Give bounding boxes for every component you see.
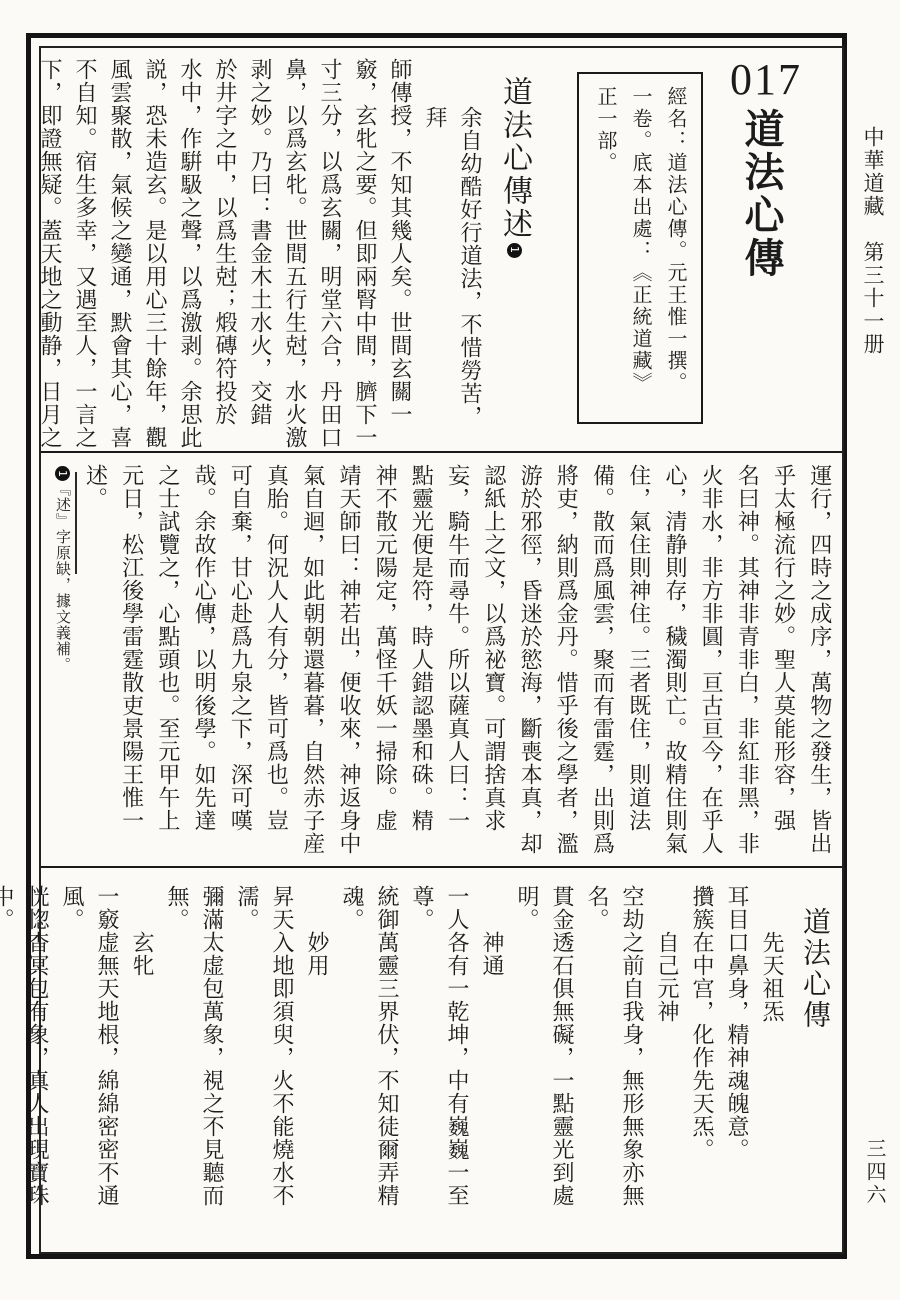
text-column: 風雲聚散，氣候之變通，默會其心，喜 — [103, 56, 138, 450]
verse-line: 攢簇在中宫，化作先天炁。 — [685, 871, 720, 1249]
colophon-column: 正一部。 — [587, 86, 622, 410]
text-column: 氣自迴，如此朝朝還暮暮，自然赤子産 — [296, 456, 331, 864]
text-column: 備。散而爲風雲，聚而有雷霆，出則爲 — [586, 456, 621, 864]
text-column: 心，清静則存，穢濁則亡。故精住則氣 — [658, 456, 693, 864]
verse-line: 彌滿太虚包萬象，視之不見聽而無。 — [160, 871, 230, 1249]
text-column: 住，氣住則神住。三者既住，則道法 — [622, 456, 657, 864]
text-column: 運行，四時之成序，萬物之發生，皆出 — [803, 456, 838, 864]
verse-title: 玄牝 — [125, 871, 160, 1249]
text-column: 師傳授，不知其幾人矣。世間玄關一 — [383, 56, 418, 450]
text-column: 不自知。宿生多幸，又遇至人，一言之 — [68, 56, 103, 450]
verse-line: 統御萬靈三界伏，不知徒爾弄精魂。 — [335, 871, 405, 1249]
text-column: 名曰神。其神非青非白，非紅非黑，非 — [730, 456, 765, 864]
text-column: 神不散元陽定，萬怪千妖一掃除。虚 — [368, 456, 403, 864]
text-column: 妄，騎牛而尋牛。所以薩真人曰：一 — [441, 456, 476, 864]
text-column: 剥之妙。乃曰：書金木土水火，交錯 — [243, 56, 278, 450]
section-divider-rule — [41, 866, 842, 868]
colophon-column: 經名：道法心傳。元王惟一撰。 — [657, 86, 692, 410]
text-column: 元日，松江後學雷霆散吏景陽王惟一 — [115, 456, 150, 864]
text-column: 乎太極流行之妙。聖人莫能形容，强 — [767, 456, 802, 864]
verse-line: 貫金透石俱無礙，一點靈光到處明。 — [510, 871, 580, 1249]
text-column: 之士試覽之，心點頭也。至元甲午上 — [151, 456, 186, 864]
section-divider-rule — [41, 451, 842, 453]
text-column: 余自幼酷好行道法，不惜勞苦，拜 — [418, 56, 488, 450]
text-column: 將吏，納則爲金丹。惜乎後之學者，濫 — [549, 456, 584, 864]
verse-line: 恍惚杳冥包有象，真人出現寶珠中。 — [0, 871, 55, 1249]
footnote-marker-icon: 1 — [507, 243, 522, 258]
footnote-divider-rule — [75, 472, 77, 574]
text-column: 認紙上之文，以爲祕寶。可謂捨真求 — [477, 456, 512, 864]
text-column: 火非水，非方非圓，亘古亘今，在乎人 — [694, 456, 729, 864]
verse-title: 先天祖炁 — [755, 871, 790, 1249]
verse-title: 神通 — [475, 871, 510, 1249]
preface-continued-section: 運行，四時之成序，萬物之發生，皆出 乎太極流行之妙。聖人莫能形容，强 名曰神。其… — [50, 456, 838, 864]
verse-line: 昇天入地即須臾，火不能燒水不濡。 — [230, 871, 300, 1249]
text-column: 竅，玄牝之要。但即兩腎中間，臍下一 — [348, 56, 383, 450]
text-column: 真胎。何況人人有分，皆可爲也。豈 — [260, 456, 295, 864]
preface-heading: 道法心傳述1 — [488, 56, 540, 450]
colophon-column: 一卷。底本出處：《正統道藏》 — [622, 86, 657, 410]
volume-label: 中華道藏 第三十一册 — [858, 126, 888, 546]
verse-line: 空劫之前自我身，無形無象亦無名。 — [580, 871, 650, 1249]
verse-title: 妙用 — [300, 871, 335, 1249]
text-column: 下，即證無疑。蓋天地之動静，日月之 — [33, 56, 68, 450]
verse-line: 一竅虚無天地根，綿綿密密不通風。 — [55, 871, 125, 1249]
main-text-heading: 道法心傳 — [790, 871, 838, 1249]
text-column: 游於邪徑，昏迷於慾海，斷喪本真，却 — [513, 456, 548, 864]
text-column: 寸三分，以爲玄關，明堂六合，丹田口 — [313, 56, 348, 450]
text-column: 哉。余故作心傳，以明後學。如先達 — [187, 456, 222, 864]
text-column: 可自棄，甘心赴爲九泉之下，深可嘆 — [223, 456, 258, 864]
footnote: 1『述』字原缺，據文義補。 — [50, 456, 74, 864]
text-column: 於井字之中，以爲生尅；煅磚符投於 — [208, 56, 243, 450]
verse-line: 耳目口鼻身，精神魂魄意。 — [720, 871, 755, 1249]
text-column: 靖天師曰：神若出，便收來，神返身中 — [332, 456, 367, 864]
main-text-section: 道法心傳 先天祖炁 耳目口鼻身，精神魂魄意。 攢簇在中宫，化作先天炁。 自己元神… — [50, 871, 838, 1249]
page-number: 三四六 — [860, 1138, 889, 1258]
text-column: 水中，作騈馺之聲，以爲激剥。余思此 — [173, 56, 208, 450]
scanned-book-page: 中華道藏 第三十一册 三四六 017 道法心傳 經名：道法心傳。元王惟一撰。 一… — [0, 0, 900, 1300]
preface-section: 道法心傳述1 余自幼酷好行道法，不惜勞苦，拜 師傳授，不知其幾人矣。世間玄關一 … — [50, 56, 540, 450]
text-serial-number: 017 — [722, 54, 810, 105]
preface-heading-text: 道法心傳述 — [498, 76, 531, 241]
book-title: 道法心傳 — [733, 108, 790, 438]
text-column: 點靈光便是符，時人錯認墨和硃。精 — [404, 456, 439, 864]
text-column: 述。 — [78, 456, 113, 864]
verse-line: 一人各有一乾坤，中有巍巍一至尊。 — [405, 871, 475, 1249]
colophon-box: 經名：道法心傳。元王惟一撰。 一卷。底本出處：《正統道藏》 正一部。 — [577, 72, 703, 424]
footnote-marker-icon: 1 — [55, 466, 70, 481]
text-column: 鼻，以爲玄牝。世間五行生尅，水火激 — [278, 56, 313, 450]
text-column: 説，恐未造玄。是以用心三十餘年，觀 — [138, 56, 173, 450]
footnote-text: 『述』字原缺，據文義補。 — [54, 481, 70, 673]
verse-title: 自己元神 — [650, 871, 685, 1249]
